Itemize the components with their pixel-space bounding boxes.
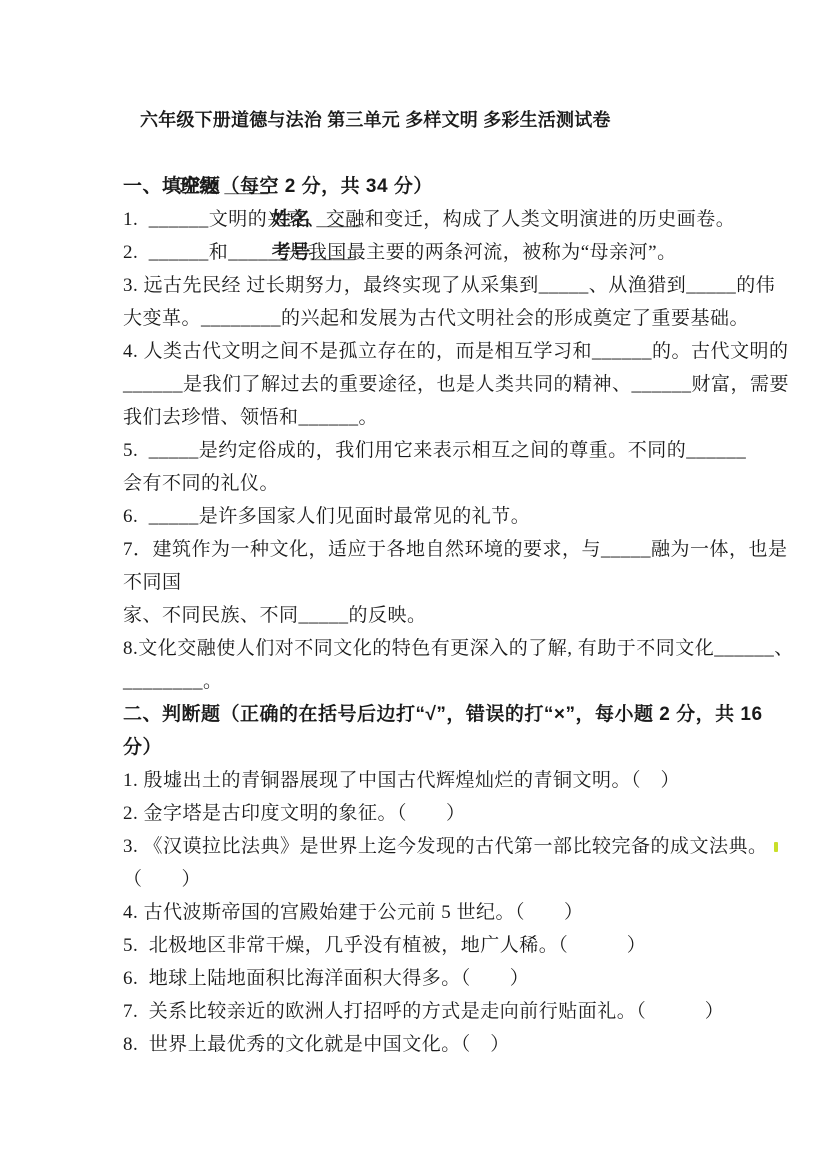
section-true-false-line: （ ） <box>123 863 723 896</box>
section-true-false-line: 3. 《汉谟拉比法典》是世界上迄今发现的古代第一部比较完备的成文法典。 <box>123 830 723 863</box>
section-true-false-line: 8. 世界上最优秀的文化就是中国文化。（ ） <box>123 1028 723 1061</box>
section-fill-in-blank-line: 8.文化交融使人们对不同文化的特色有更深入的了解, 有助于不同文化______、 <box>123 632 723 665</box>
section-fill-in-blank-line: 4. 人类古代文明之间不是孤立存在的，而是相互学习和______的。古代文明的 <box>123 335 723 368</box>
section-fill-in-blank-line: ________。 <box>123 665 723 698</box>
section-fill-in-blank-line: 1. ______文明的兴衰、交融和变迁，构成了人类文明演进的历史画卷。 <box>123 203 723 236</box>
section-true-false-line: 5. 北极地区非常干燥，几乎没有植被，地广人稀。（ ） <box>123 929 723 962</box>
section-fill-in-blank-line: 我们去珍惜、领悟和______。 <box>123 401 723 434</box>
section-fill-in-blank-line: 7．建筑作为一种文化，适应于各地自然环境的要求，与_____融为一体，也是 <box>123 533 723 566</box>
section-true-false-line: 7. 关系比较亲近的欧洲人打招呼的方式是走向前行贴面礼。（ ） <box>123 995 723 1028</box>
section-true-false-line: 1. 殷墟出土的青铜器展现了中国古代辉煌灿烂的青铜文明。（ ） <box>123 764 723 797</box>
student-info-row: 班级 ____ 姓名 ____ 考号____ <box>123 137 723 170</box>
section-fill-in-blank-line: ______是我们了解过去的重要途径，也是人类共同的精神、______财富，需要 <box>123 368 723 401</box>
document-body: 六年级下册道德与法治 第三单元 多样文明 多彩生活测试卷 班级 ____ 姓名 … <box>123 104 723 1061</box>
section-true-false-heading: 二、判断题（正确的在括号后边打“√”，错误的打“×”，每小题 2 分，共 16 <box>123 698 723 731</box>
section-fill-in-blank-line: 不同国 <box>123 566 723 599</box>
section-fill-in-blank-line: 会有不同的礼仪。 <box>123 467 723 500</box>
page-title: 六年级下册道德与法治 第三单元 多样文明 多彩生活测试卷 <box>123 104 723 137</box>
sections-container: 一、填空题（每空 2 分，共 34 分）1. ______文明的兴衰、交融和变迁… <box>123 170 723 1061</box>
section-true-false-line: 2. 金字塔是古印度文明的象征。（ ） <box>123 797 723 830</box>
section-fill-in-blank-line: 5. _____是约定俗成的，我们用它来表示相互之间的尊重。不同的______ <box>123 434 723 467</box>
section-fill-in-blank-heading: 一、填空题（每空 2 分，共 34 分） <box>123 170 723 203</box>
proofing-dot <box>774 842 778 852</box>
section-fill-in-blank-line: 3. 远古先民经 过长期努力，最终实现了从采集到_____、从渔猎到_____的… <box>123 269 723 302</box>
section-true-false-heading: 分） <box>123 731 723 764</box>
section-fill-in-blank-line: 2. ______和______是我国最主要的两条河流，被称为“母亲河”。 <box>123 236 723 269</box>
section-fill-in-blank-line: 家、不同民族、不同_____的反映。 <box>123 599 723 632</box>
document-page: 六年级下册道德与法治 第三单元 多样文明 多彩生活测试卷 班级 ____ 姓名 … <box>0 0 827 1169</box>
section-true-false-line: 4. 古代波斯帝国的宫殿始建于公元前 5 世纪。（ ） <box>123 896 723 929</box>
section-fill-in-blank-line: 6. _____是许多国家人们见面时最常见的礼节。 <box>123 500 723 533</box>
section-fill-in-blank-line: 大变革。________的兴起和发展为古代文明社会的形成奠定了重要基础。 <box>123 302 723 335</box>
section-true-false-line: 6. 地球上陆地面积比海洋面积大得多。（ ） <box>123 962 723 995</box>
